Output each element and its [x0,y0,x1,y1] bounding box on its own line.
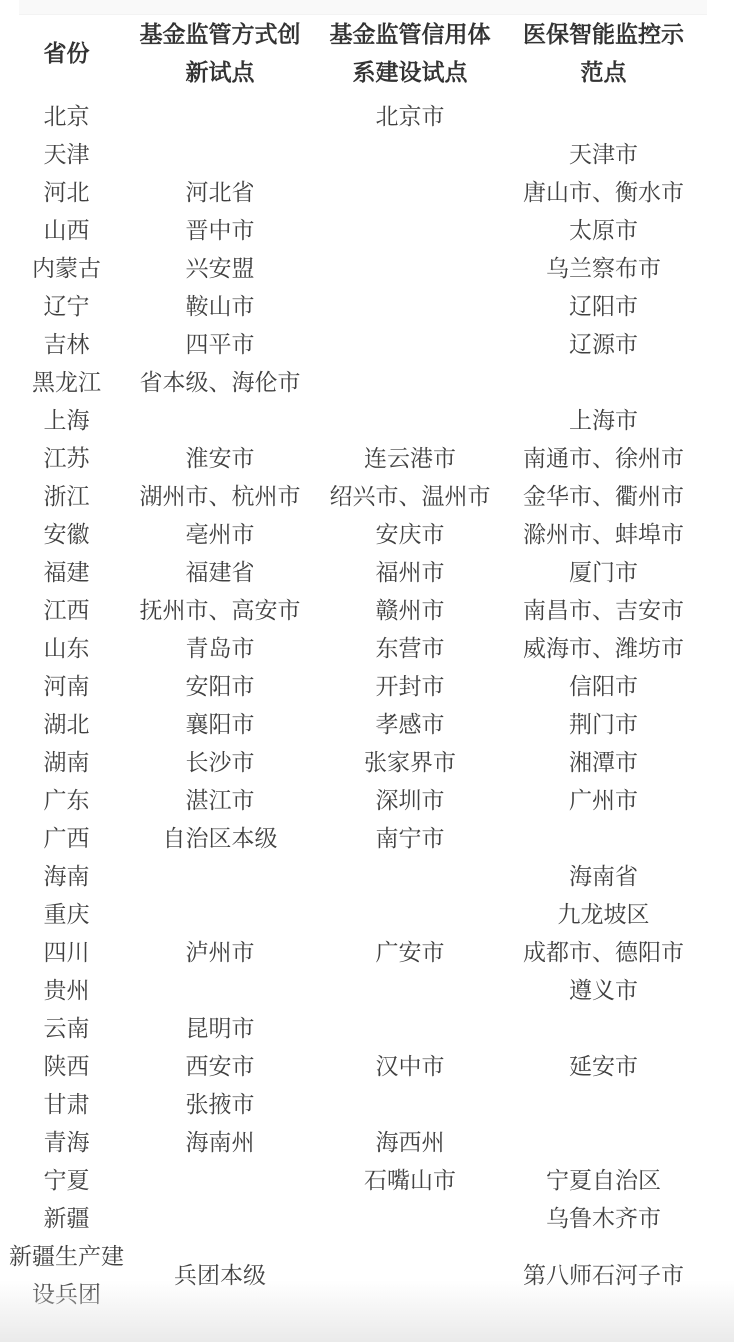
table-row: 山东青岛市东营市威海市、潍坊市 [8,629,702,667]
innovation-pilot-cell [125,895,315,933]
credit-system-cell: 海西州 [315,1123,505,1161]
innovation-pilot-cell: 晋中市 [125,211,315,249]
table-row: 河南安阳市开封市信阳市 [8,667,702,705]
credit-system-cell: 北京市 [315,97,505,135]
table-row: 内蒙古兴安盟乌兰察布市 [8,249,702,287]
credit-system-cell [315,857,505,895]
credit-system-cell [315,401,505,439]
innovation-pilot-cell [125,401,315,439]
table-row: 福建福建省福州市厦门市 [8,553,702,591]
smart-monitoring-cell: 宁夏自治区 [505,1161,702,1199]
table-row: 辽宁鞍山市辽阳市 [8,287,702,325]
smart-monitoring-cell: 湘潭市 [505,743,702,781]
table-row: 青海海南州海西州 [8,1123,702,1161]
province-cell: 黑龙江 [8,363,125,401]
innovation-pilot-cell [125,971,315,1009]
innovation-pilot-cell [125,97,315,135]
province-cell: 新疆生产建设兵团 [8,1237,125,1313]
table-row: 云南昆明市 [8,1009,702,1047]
innovation-pilot-cell: 西安市 [125,1047,315,1085]
credit-system-cell: 赣州市 [315,591,505,629]
credit-system-cell: 东营市 [315,629,505,667]
province-cell: 山东 [8,629,125,667]
province-cell: 重庆 [8,895,125,933]
province-cell: 上海 [8,401,125,439]
credit-system-cell [315,287,505,325]
province-cell: 浙江 [8,477,125,515]
province-cell: 安徽 [8,515,125,553]
smart-monitoring-cell: 第八师石河子市 [505,1237,702,1313]
innovation-pilot-cell [125,135,315,173]
table-row: 广东湛江市深圳市广州市 [8,781,702,819]
table-row: 浙江湖州市、杭州市绍兴市、温州市金华市、衢州市 [8,477,702,515]
credit-system-cell [315,1237,505,1313]
table-row: 贵州遵义市 [8,971,702,1009]
province-cell: 河北 [8,173,125,211]
province-cell: 江苏 [8,439,125,477]
table-row: 安徽亳州市安庆市滁州市、蚌埠市 [8,515,702,553]
table-row: 四川泸州市广安市成都市、德阳市 [8,933,702,971]
smart-monitoring-cell: 荆门市 [505,705,702,743]
table-row: 重庆九龙坡区 [8,895,702,933]
innovation-pilot-cell: 安阳市 [125,667,315,705]
innovation-pilot-cell: 福建省 [125,553,315,591]
credit-system-cell: 孝感市 [315,705,505,743]
col-header-fund-supervision-innovation: 基金监管方式创新试点 [125,15,315,97]
smart-monitoring-cell: 唐山市、衡水市 [505,173,702,211]
smart-monitoring-cell [505,819,702,857]
innovation-pilot-cell: 海南州 [125,1123,315,1161]
province-cell: 广西 [8,819,125,857]
table-row: 甘肃张掖市 [8,1085,702,1123]
innovation-pilot-cell [125,1199,315,1237]
province-cell: 四川 [8,933,125,971]
province-cell: 陕西 [8,1047,125,1085]
province-cell: 广东 [8,781,125,819]
table-body: 北京北京市天津天津市河北河北省唐山市、衡水市山西晋中市太原市内蒙古兴安盟乌兰察布… [8,97,702,1313]
smart-monitoring-cell: 成都市、德阳市 [505,933,702,971]
smart-monitoring-cell: 辽源市 [505,325,702,363]
innovation-pilot-cell: 兵团本级 [125,1237,315,1313]
table-header: 省份 基金监管方式创新试点 基金监管信用体系建设试点 医保智能监控示范点 [8,15,702,97]
innovation-pilot-cell: 河北省 [125,173,315,211]
col-header-credit-system-pilot: 基金监管信用体系建设试点 [315,15,505,97]
innovation-pilot-cell: 淮安市 [125,439,315,477]
province-cell: 新疆 [8,1199,125,1237]
province-cell: 贵州 [8,971,125,1009]
province-cell: 湖南 [8,743,125,781]
credit-system-cell: 连云港市 [315,439,505,477]
table-row: 海南海南省 [8,857,702,895]
province-cell: 河南 [8,667,125,705]
table-row: 江苏淮安市连云港市南通市、徐州市 [8,439,702,477]
province-cell: 辽宁 [8,287,125,325]
credit-system-cell: 绍兴市、温州市 [315,477,505,515]
table-row: 宁夏石嘴山市宁夏自治区 [8,1161,702,1199]
credit-system-cell [315,249,505,287]
table-row: 湖北襄阳市孝感市荆门市 [8,705,702,743]
province-cell: 宁夏 [8,1161,125,1199]
smart-monitoring-cell: 上海市 [505,401,702,439]
table-row: 广西自治区本级南宁市 [8,819,702,857]
smart-monitoring-cell: 信阳市 [505,667,702,705]
innovation-pilot-cell: 省本级、海伦市 [125,363,315,401]
table-row: 山西晋中市太原市 [8,211,702,249]
smart-monitoring-cell: 滁州市、蚌埠市 [505,515,702,553]
innovation-pilot-cell: 长沙市 [125,743,315,781]
credit-system-cell: 南宁市 [315,819,505,857]
credit-system-cell [315,1009,505,1047]
smart-monitoring-cell: 九龙坡区 [505,895,702,933]
smart-monitoring-cell: 太原市 [505,211,702,249]
table-row: 北京北京市 [8,97,702,135]
smart-monitoring-cell: 延安市 [505,1047,702,1085]
province-cell: 北京 [8,97,125,135]
province-cell: 甘肃 [8,1085,125,1123]
innovation-pilot-cell: 青岛市 [125,629,315,667]
table-row: 天津天津市 [8,135,702,173]
province-cell: 海南 [8,857,125,895]
innovation-pilot-cell: 抚州市、高安市 [125,591,315,629]
smart-monitoring-cell: 南通市、徐州市 [505,439,702,477]
credit-system-cell: 深圳市 [315,781,505,819]
province-cell: 江西 [8,591,125,629]
col-header-province-label: 省份 [44,40,90,66]
innovation-pilot-cell: 昆明市 [125,1009,315,1047]
credit-system-cell [315,895,505,933]
smart-monitoring-cell [505,1123,702,1161]
province-cell: 山西 [8,211,125,249]
smart-monitoring-cell: 乌兰察布市 [505,249,702,287]
innovation-pilot-cell: 鞍山市 [125,287,315,325]
credit-system-cell [315,325,505,363]
table-row: 新疆生产建设兵团兵团本级第八师石河子市 [8,1237,702,1313]
credit-system-cell [315,363,505,401]
innovation-pilot-cell [125,1161,315,1199]
innovation-pilot-cell: 泸州市 [125,933,315,971]
innovation-pilot-cell: 四平市 [125,325,315,363]
credit-system-cell: 广安市 [315,933,505,971]
credit-system-cell [315,1085,505,1123]
table-row: 江西抚州市、高安市赣州市南昌市、吉安市 [8,591,702,629]
smart-monitoring-cell: 海南省 [505,857,702,895]
smart-monitoring-cell: 厦门市 [505,553,702,591]
credit-system-cell [315,173,505,211]
table-row: 湖南长沙市张家界市湘潭市 [8,743,702,781]
smart-monitoring-cell: 威海市、潍坊市 [505,629,702,667]
credit-system-cell [315,211,505,249]
province-cell: 内蒙古 [8,249,125,287]
credit-system-cell: 张家界市 [315,743,505,781]
credit-system-cell [315,1199,505,1237]
smart-monitoring-cell [505,1009,702,1047]
table-row: 吉林四平市辽源市 [8,325,702,363]
credit-system-cell: 开封市 [315,667,505,705]
innovation-pilot-cell: 襄阳市 [125,705,315,743]
table-row: 上海上海市 [8,401,702,439]
innovation-pilot-cell: 亳州市 [125,515,315,553]
province-cell: 福建 [8,553,125,591]
table-header-row: 省份 基金监管方式创新试点 基金监管信用体系建设试点 医保智能监控示范点 [8,15,702,97]
smart-monitoring-cell: 南昌市、吉安市 [505,591,702,629]
pilot-programs-table: 省份 基金监管方式创新试点 基金监管信用体系建设试点 医保智能监控示范点 北京北… [8,15,702,1313]
smart-monitoring-cell: 乌鲁木齐市 [505,1199,702,1237]
credit-system-cell: 石嘴山市 [315,1161,505,1199]
credit-system-cell: 安庆市 [315,515,505,553]
table-row: 河北河北省唐山市、衡水市 [8,173,702,211]
province-cell: 湖北 [8,705,125,743]
innovation-pilot-cell [125,857,315,895]
innovation-pilot-cell: 湛江市 [125,781,315,819]
credit-system-cell [315,971,505,1009]
innovation-pilot-cell: 湖州市、杭州市 [125,477,315,515]
table-row: 黑龙江省本级、海伦市 [8,363,702,401]
smart-monitoring-cell: 金华市、衢州市 [505,477,702,515]
smart-monitoring-cell: 遵义市 [505,971,702,1009]
innovation-pilot-cell: 兴安盟 [125,249,315,287]
smart-monitoring-cell [505,363,702,401]
col-header-smart-monitoring-demo: 医保智能监控示范点 [505,15,702,97]
credit-system-cell [315,135,505,173]
province-cell: 云南 [8,1009,125,1047]
smart-monitoring-cell [505,97,702,135]
col-header-province: 省份 [8,15,125,97]
innovation-pilot-cell: 自治区本级 [125,819,315,857]
credit-system-cell: 汉中市 [315,1047,505,1085]
smart-monitoring-cell: 广州市 [505,781,702,819]
smart-monitoring-cell: 天津市 [505,135,702,173]
table-row: 新疆乌鲁木齐市 [8,1199,702,1237]
top-divider-band [19,0,707,15]
province-cell: 吉林 [8,325,125,363]
province-cell: 青海 [8,1123,125,1161]
smart-monitoring-cell: 辽阳市 [505,287,702,325]
credit-system-cell: 福州市 [315,553,505,591]
table-row: 陕西西安市汉中市延安市 [8,1047,702,1085]
smart-monitoring-cell [505,1085,702,1123]
province-cell: 天津 [8,135,125,173]
innovation-pilot-cell: 张掖市 [125,1085,315,1123]
